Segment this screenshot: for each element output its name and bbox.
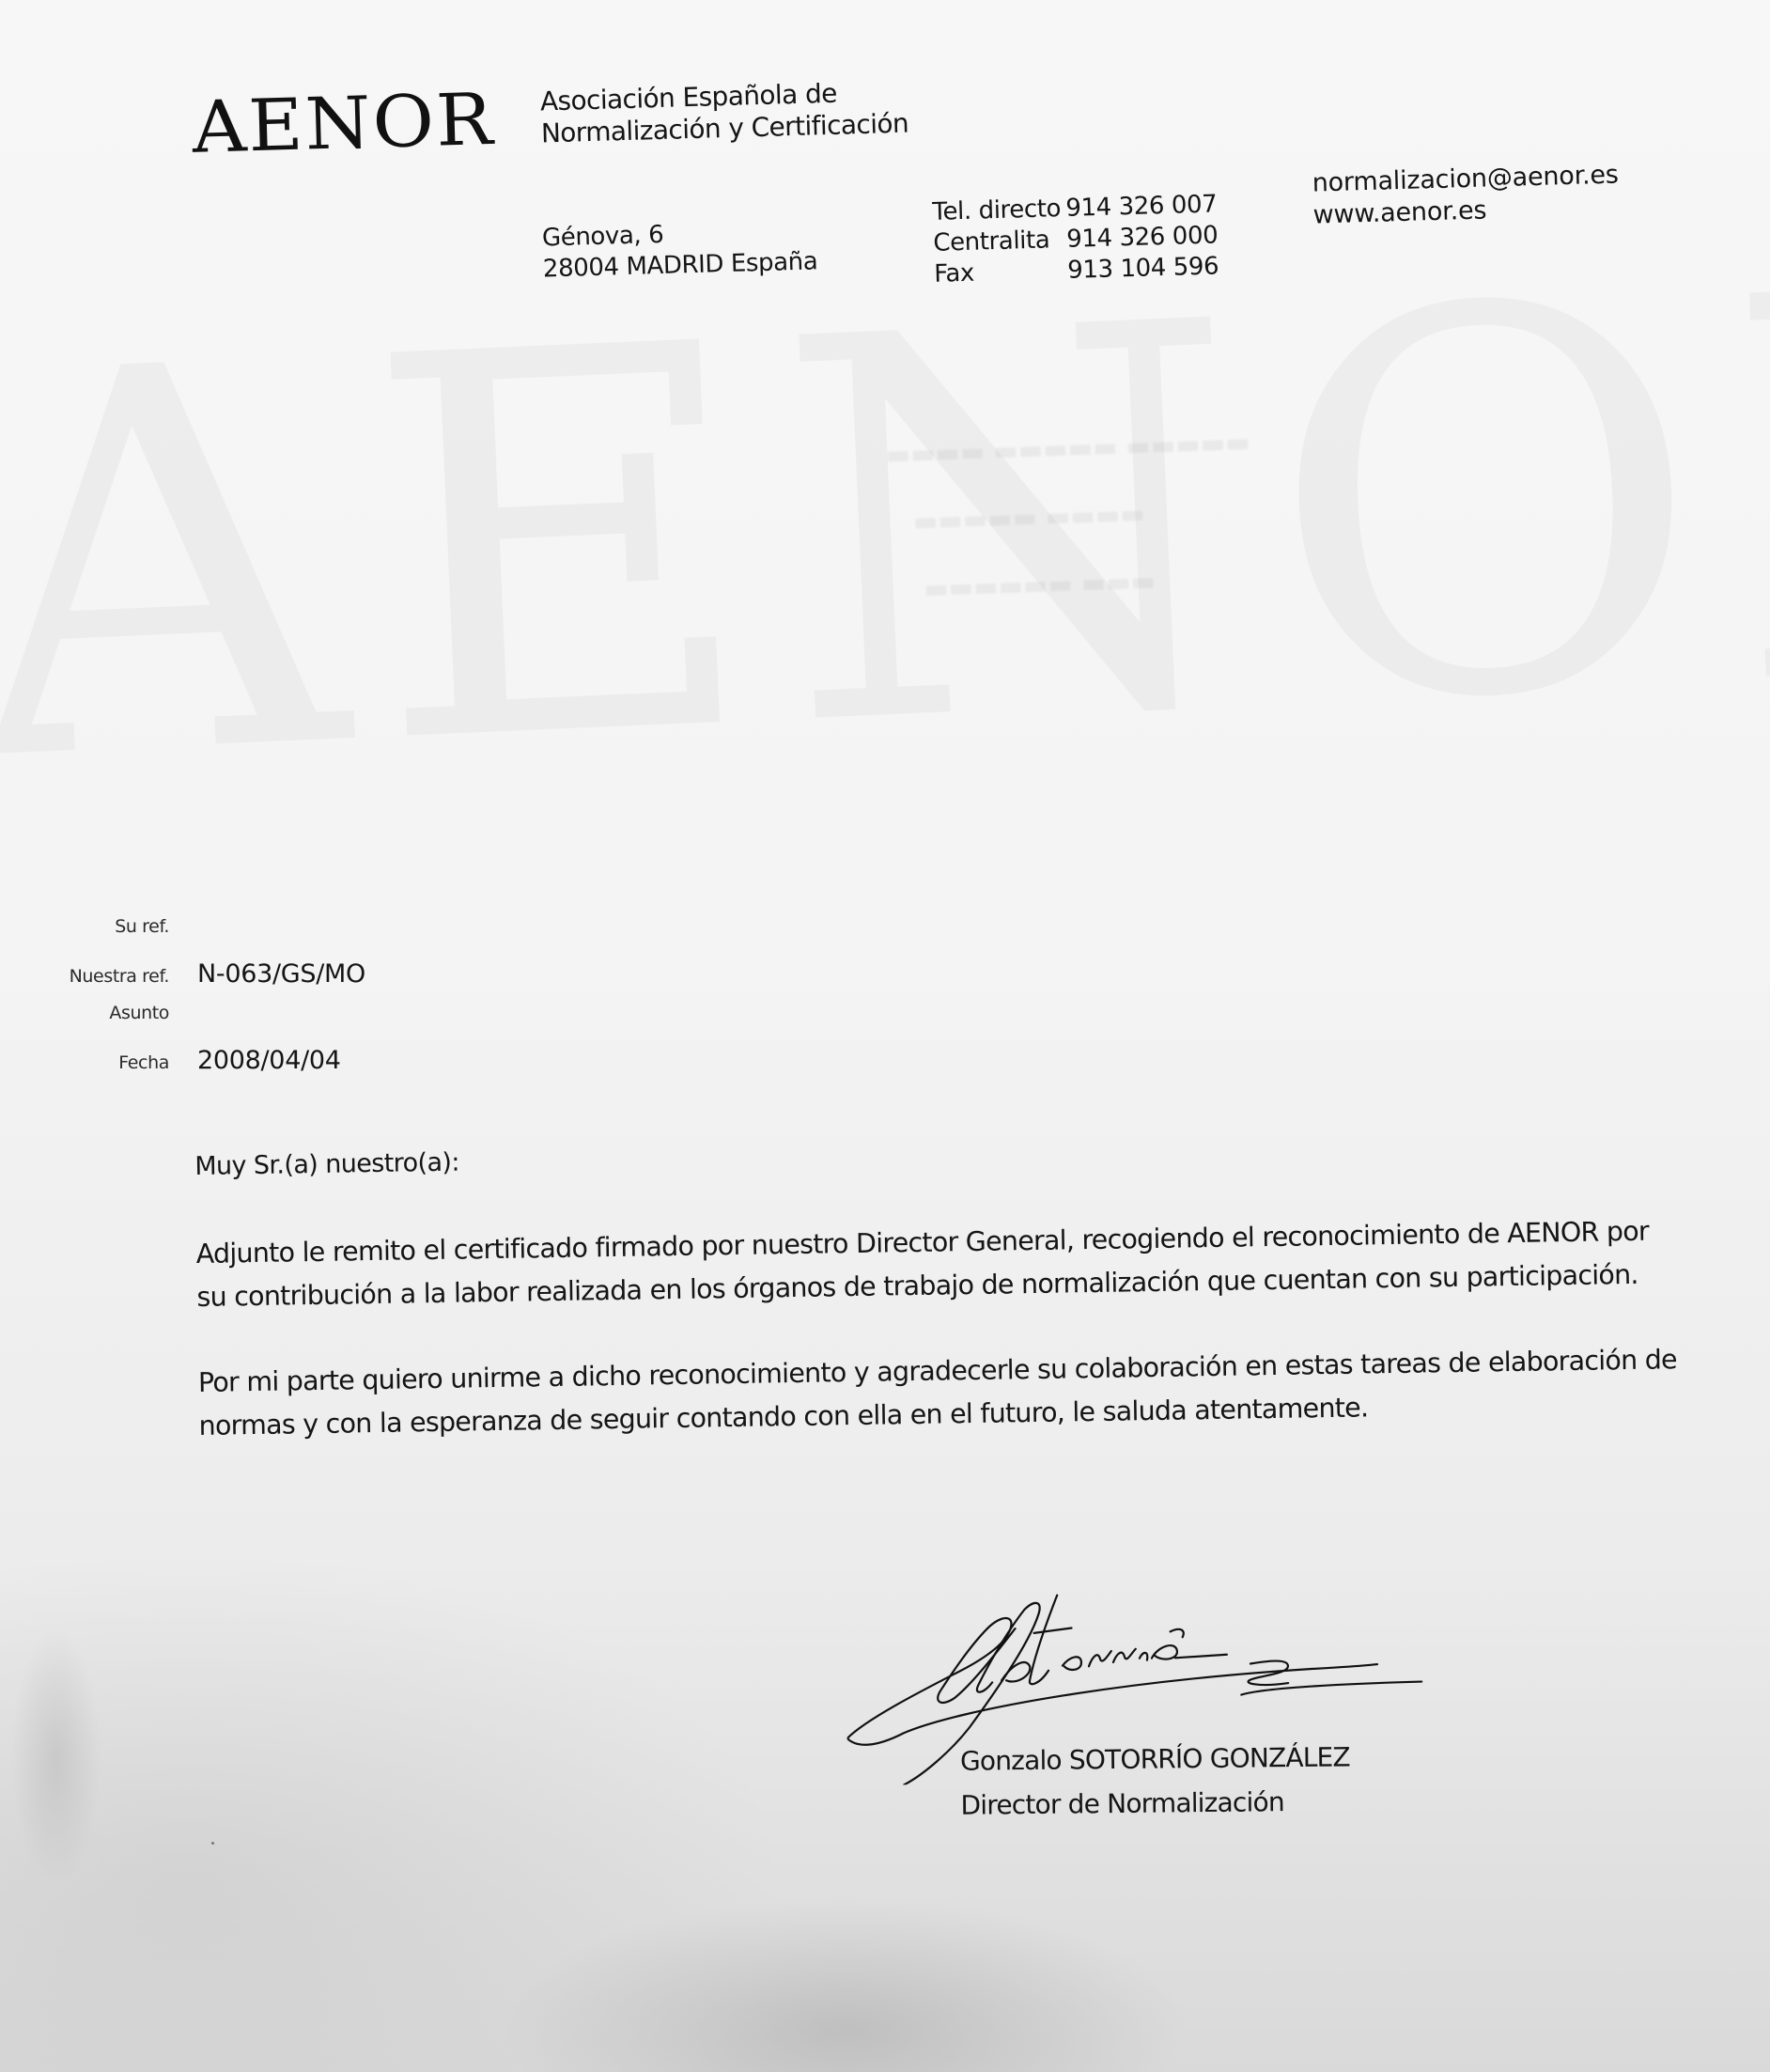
signatory-name: Gonzalo SOTORRÍO GONZÁLEZ [960, 1740, 1350, 1778]
address-line: 28004 MADRID España [543, 246, 818, 285]
body-paragraph: Adjunto le remito el certificado firmado… [195, 1209, 1681, 1319]
aenor-logo: AENOR [192, 84, 496, 164]
letterhead: AENOR Asociación Española de Normalizaci… [0, 0, 1770, 344]
phone-number: 914 326 000 [1066, 220, 1219, 255]
phone-number: 913 104 596 [1067, 251, 1219, 286]
reference-label: Su ref. [38, 916, 169, 937]
reference-row-nuestra-ref: Nuestra ref. N-063/GS/MO [38, 959, 365, 1003]
paper-speck [211, 1842, 214, 1845]
reference-label: Fecha [38, 1052, 169, 1073]
reference-row-fecha: Fecha 2008/04/04 [38, 1046, 365, 1089]
reference-row-su-ref: Su ref. [38, 916, 365, 959]
letter-page: AENOR ▬▬▬▬ ▬▬▬▬▬ ▬▬▬▬▬ ▬▬▬▬▬ ▬▬▬▬ ▬▬▬▬▬▬… [0, 0, 1770, 2072]
reference-label: Nuestra ref. [38, 966, 169, 987]
signatory-title: Director de Normalización [960, 1785, 1284, 1823]
web-contacts: normalizacion@aenor.es www.aenor.es [1312, 160, 1620, 232]
reference-value: 2008/04/04 [197, 1046, 341, 1075]
body-paragraph: Por mi parte quiero unirme a dicho recon… [198, 1338, 1684, 1448]
reference-label: Asunto [38, 1003, 169, 1023]
salutation: Muy Sr.(a) nuestro(a): [194, 1125, 1698, 1186]
postal-address: Génova, 6 28004 MADRID España [542, 215, 818, 285]
reference-value: N-063/GS/MO [197, 959, 365, 989]
phone-number: 914 326 007 [1065, 189, 1218, 224]
phone-row-fax: Fax 913 104 596 [934, 251, 1219, 289]
phone-label: Fax [934, 256, 1068, 290]
signature-block: Gonzalo SOTORRÍO GONZÁLEZ Director de No… [846, 1572, 1468, 1861]
phone-label: Tel. directo [932, 194, 1066, 228]
reference-block: Su ref. Nuestra ref. N-063/GS/MO Asunto … [38, 916, 365, 1089]
organization-name: Asociación Española de Normalización y C… [540, 76, 909, 150]
letter-body: Muy Sr.(a) nuestro(a): Adjunto le remito… [194, 1125, 1703, 1490]
reference-row-asunto: Asunto [38, 1003, 365, 1046]
phone-label: Centralita [933, 225, 1067, 259]
reverse-side-bleed-through: ▬▬▬▬ ▬▬▬▬▬ ▬▬▬▬▬ ▬▬▬▬▬ ▬▬▬▬ ▬▬▬▬▬▬ ▬▬▬ [884, 406, 1342, 625]
phone-list: Tel. directo 914 326 007 Centralita 914 … [932, 189, 1219, 289]
